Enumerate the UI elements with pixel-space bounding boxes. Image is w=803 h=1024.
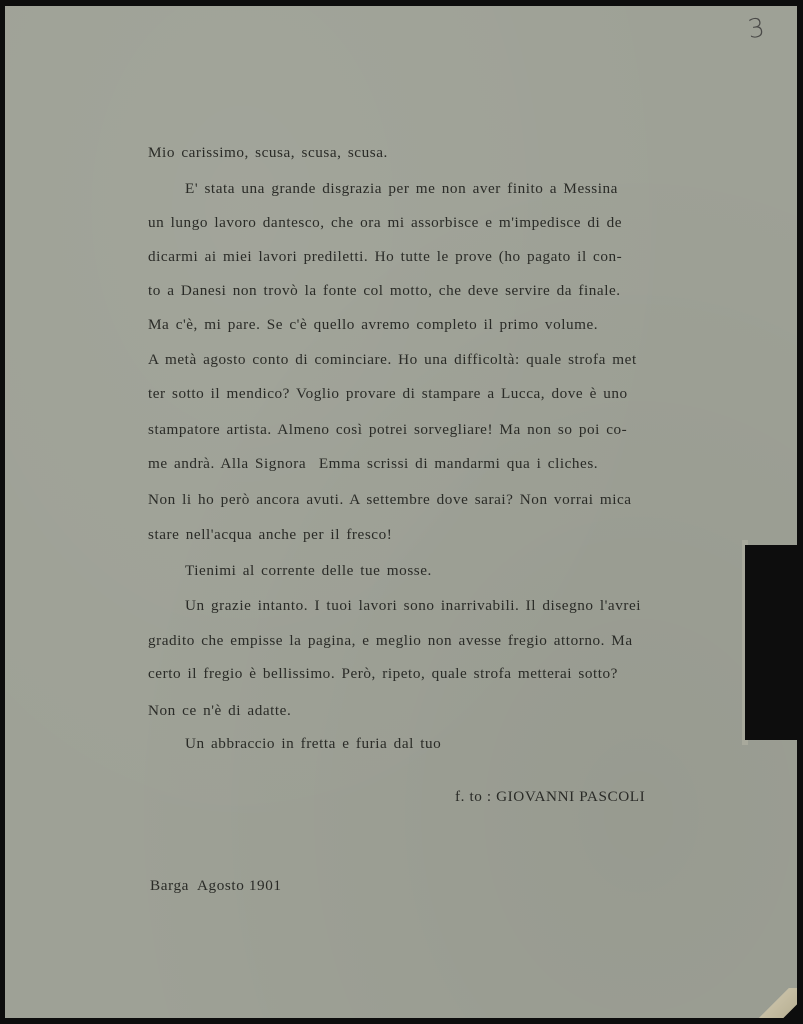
letter-line: ter sotto il mendico? Voglio provare di … (148, 385, 628, 403)
page-notch (745, 545, 803, 740)
letter-line: certo il fregio è bellissimo. Però, ripe… (148, 665, 618, 683)
letter-line: un lungo lavoro dantesco, che ora mi ass… (148, 214, 622, 232)
letter-line: Un grazie intanto. I tuoi lavori sono in… (185, 597, 641, 615)
letter-line: dicarmi ai miei lavori prediletti. Ho tu… (148, 248, 622, 266)
letter-line: me andrà. Alla Signora Emma scrissi di m… (148, 455, 598, 473)
letter-line: Non li ho però ancora avuti. A settembre… (148, 491, 632, 509)
letter-line: Tienimi al corrente delle tue mosse. (185, 562, 432, 580)
letter-line: E' stata una grande disgrazia per me non… (185, 180, 618, 198)
folded-corner (757, 988, 797, 1018)
letter-line: stampatore artista. Almeno così potrei s… (148, 421, 627, 439)
letter-line: Mio carissimo, scusa, scusa, scusa. (148, 144, 388, 162)
letter-line: Un abbraccio in fretta e furia dal tuo (185, 735, 441, 753)
place-date: Barga Agosto 1901 (150, 877, 282, 895)
letter-line: to a Danesi non trovò la fonte col motto… (148, 282, 621, 300)
document-page (5, 6, 797, 1018)
signature: f. to : GIOVANNI PASCOLI (455, 788, 645, 806)
letter-line: gradito che empisse la pagina, e meglio … (148, 632, 633, 650)
letter-line: A metà agosto conto di cominciare. Ho un… (148, 351, 637, 369)
letter-line: Ma c'è, mi pare. Se c'è quello avremo co… (148, 316, 598, 334)
letter-line: stare nell'acqua anche per il fresco! (148, 526, 392, 544)
letter-line: Non ce n'è di adatte. (148, 702, 291, 720)
